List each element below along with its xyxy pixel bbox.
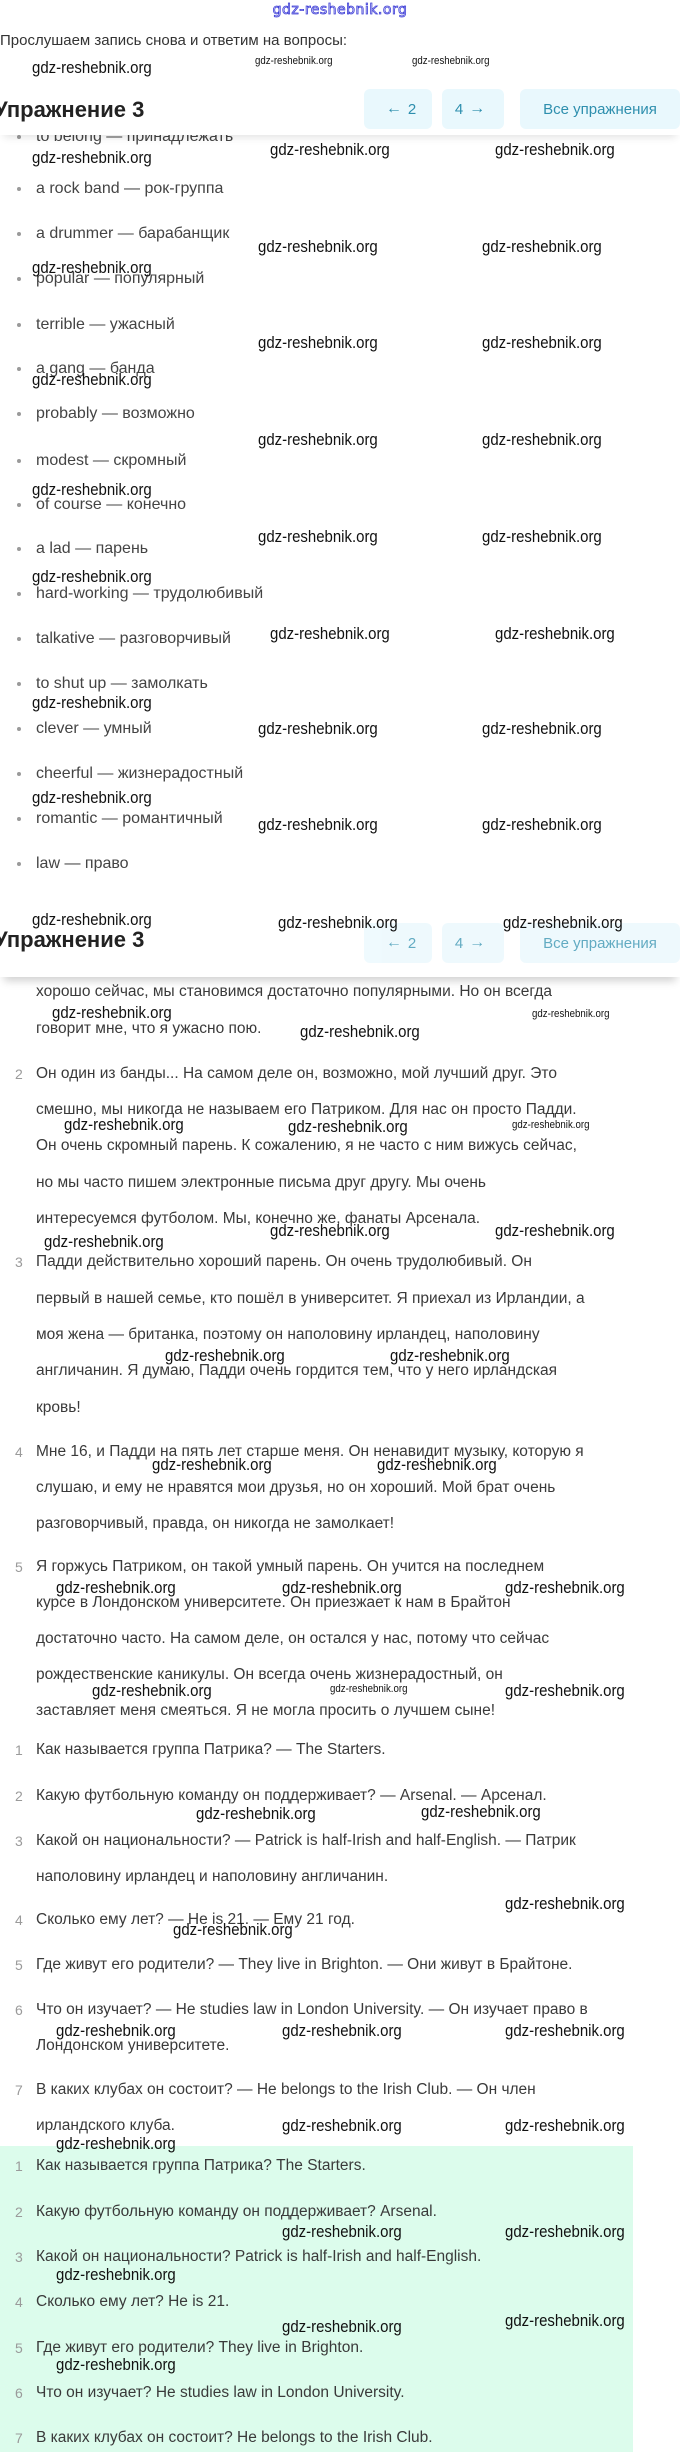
arrow-left-icon: ← [386, 100, 402, 118]
answer-number: 5 [15, 2340, 23, 2356]
watermark-text: gdz-reshebnik.org [152, 1455, 272, 1475]
intro-text: Прослушаем запись снова и ответим на воп… [0, 32, 347, 49]
prev-exercise-label: 2 [408, 935, 416, 952]
paragraph-line: Падди действительно хороший парень. Он о… [36, 1253, 532, 1271]
arrow-right-icon: → [469, 100, 485, 118]
bullet-icon [17, 232, 21, 236]
watermark-text: gdz-reshebnik.org [482, 527, 602, 547]
question-line: ирландского клуба. [36, 2117, 175, 2135]
watermark-text: gdz-reshebnik.org [482, 815, 602, 835]
vocab-text: terrible — ужасный [36, 316, 175, 333]
watermark-text: gdz-reshebnik.org [330, 1683, 407, 1695]
question-number: 1 [15, 1742, 23, 1758]
vocab-text: probably — возможно [36, 405, 195, 422]
watermark-text: gdz-reshebnik.org [390, 1346, 510, 1366]
question-line: В каких клубах он состоит? — He belongs … [36, 2081, 536, 2099]
watermark-text: gdz-reshebnik.org [32, 693, 152, 713]
paragraph-line: заставляет меня смеяться. Я не могла про… [36, 1702, 495, 1720]
watermark-text: gdz-reshebnik.org [270, 140, 390, 160]
question-line: Где живут его родители? — They live in B… [36, 1956, 572, 1974]
watermark-text: gdz-reshebnik.org [505, 1681, 625, 1701]
watermark-text: gdz-reshebnik.org [165, 1346, 285, 1366]
vocab-item: a drummer — барабанщик [0, 225, 229, 243]
paragraph-line: Он очень скромный парень. К сожалению, я… [36, 1137, 577, 1155]
watermark-text: gdz-reshebnik.org [258, 333, 378, 353]
watermark-text: gdz-reshebnik.org [255, 55, 332, 67]
watermark-text: gdz-reshebnik.org [495, 1221, 615, 1241]
bullet-icon [17, 727, 21, 731]
watermark-text: gdz-reshebnik.org [32, 370, 152, 390]
watermark-text: gdz-reshebnik.org [282, 2021, 402, 2041]
exercise-title: Упражнение 3 [0, 97, 144, 123]
paragraph-line: достаточно часто. На самом деле, он оста… [36, 1630, 549, 1648]
paragraph-line: Он один из банды... На самом деле он, во… [36, 1065, 557, 1083]
bullet-icon [17, 772, 21, 776]
vocab-text: a rock band — рок-группа [36, 180, 223, 197]
vocab-item: cheerful — жизнерадостный [0, 765, 243, 783]
vocab-text: law — право [36, 855, 129, 872]
question-line: наполовину ирландец и наполовину англича… [36, 1868, 388, 1886]
bullet-icon [17, 277, 21, 281]
watermark-text: gdz-reshebnik.org [258, 527, 378, 547]
watermark-text: gdz-reshebnik.org [495, 624, 615, 644]
watermark-text: gdz-reshebnik.org [258, 237, 378, 257]
watermark-text: gdz-reshebnik.org [32, 258, 152, 278]
question-number: 7 [15, 2082, 23, 2098]
watermark-text: gdz-reshebnik.org [503, 913, 623, 933]
vocab-item: hard-working — трудолюбивый [0, 585, 263, 603]
bullet-icon [17, 323, 21, 327]
question-number: 6 [15, 2002, 23, 2018]
watermark-text: gdz-reshebnik.org [505, 1578, 625, 1598]
watermark-text: gdz-reshebnik.org [482, 237, 602, 257]
bullet-icon [17, 187, 21, 191]
watermark-text: gdz-reshebnik.org [282, 1578, 402, 1598]
watermark-text: gdz-reshebnik.org [282, 2116, 402, 2136]
arrow-right-icon: → [469, 934, 485, 952]
watermark-text: gdz-reshebnik.org [56, 2355, 176, 2375]
answer-number: 1 [15, 2158, 23, 2174]
vocab-item: probably — возможно [0, 405, 195, 423]
next-exercise-button[interactable]: 4 → [442, 923, 504, 963]
vocab-item: romantic — романтичный [0, 810, 223, 828]
question-line: Как называется группа Патрика? — The Sta… [36, 1741, 386, 1759]
watermark-text: gdz-reshebnik.org [505, 2311, 625, 2331]
vocab-item: clever — умный [0, 720, 152, 738]
watermark-text: gdz-reshebnik.org [495, 140, 615, 160]
bullet-icon [17, 135, 21, 139]
bullet-icon [17, 547, 21, 551]
watermark-text: gdz-reshebnik.org [300, 1022, 420, 1042]
watermark-text: gdz-reshebnik.org [505, 1894, 625, 1914]
paragraph-number: 3 [15, 1254, 23, 1270]
question-number: 3 [15, 1833, 23, 1849]
watermark-text: gdz-reshebnik.org [282, 2317, 402, 2337]
watermark-text: gdz-reshebnik.org [44, 1232, 164, 1252]
paragraph-line: первый в нашей семье, кто пошёл в универ… [36, 1290, 585, 1308]
arrow-left-icon: ← [386, 934, 402, 952]
vocab-item: to shut up — замолкать [0, 675, 208, 693]
exercise-header: Упражнение 3 ← 2 4 → Все упражнения [0, 85, 680, 135]
exercise-title: Упражнение 3 [0, 927, 144, 953]
vocab-item: a lad — парень [0, 540, 148, 558]
prev-exercise-button[interactable]: ← 2 [364, 89, 432, 129]
watermark-text: gdz-reshebnik.org [288, 1117, 408, 1137]
watermark-text: gdz-reshebnik.org [196, 1804, 316, 1824]
watermark-text: gdz-reshebnik.org [56, 2134, 176, 2154]
watermark-text: gdz-reshebnik.org [505, 2222, 625, 2242]
vocab-text: talkative — разговорчивый [36, 630, 231, 647]
paragraph-number: 4 [15, 1444, 23, 1460]
watermark-text: gdz-reshebnik.org [92, 1681, 212, 1701]
bullet-icon [17, 637, 21, 641]
watermark-text: gdz-reshebnik.org [270, 624, 390, 644]
bullet-icon [17, 682, 21, 686]
paragraph-line: Мне 16, и Падди на пять лет старше меня.… [36, 1443, 584, 1461]
watermark-text: gdz-reshebnik.org [377, 1455, 497, 1475]
question-line: Какой он национальности? — Patrick is ha… [36, 1832, 576, 1850]
answer-number: 4 [15, 2294, 23, 2310]
vocab-text: romantic — романтичный [36, 810, 223, 827]
watermark-text: gdz-reshebnik.org [56, 2265, 176, 2285]
watermark-text: gdz-reshebnik.org [482, 430, 602, 450]
paragraph-line: но мы часто пишем электронные письма дру… [36, 1174, 486, 1192]
paragraph-line: разговорчивый, правда, он никогда не зам… [36, 1515, 394, 1533]
prev-exercise-label: 2 [408, 101, 416, 118]
watermark-text: gdz-reshebnik.org [258, 719, 378, 739]
watermark-text: gdz-reshebnik.org [282, 2222, 402, 2242]
all-exercises-button[interactable]: Все упражнения [520, 89, 680, 129]
watermark-text: gdz-reshebnik.org [505, 2116, 625, 2136]
watermark-text: gdz-reshebnik.org [505, 2021, 625, 2041]
vocab-text: hard-working — трудолюбивый [36, 585, 263, 602]
vocab-item: terrible — ужасный [0, 316, 175, 334]
paragraph-line: Я горжусь Патриком, он такой умный парен… [36, 1558, 544, 1576]
watermark-text: gdz-reshebnik.org [278, 913, 398, 933]
answer-number: 3 [15, 2249, 23, 2265]
bullet-icon [17, 459, 21, 463]
watermark-text: gdz-reshebnik.org [512, 1119, 589, 1131]
vocab-item: talkative — разговорчивый [0, 630, 231, 648]
watermark-text: gdz-reshebnik.org [56, 1578, 176, 1598]
answer-number: 2 [15, 2204, 23, 2220]
answer-text: В каких клубах он состоит? He belongs to… [36, 2429, 433, 2447]
vocab-item: a rock band — рок-группа [0, 180, 223, 198]
vocab-text: cheerful — жизнерадостный [36, 765, 243, 782]
answer-text: Какую футбольную команду он поддерживает… [36, 2203, 437, 2221]
next-exercise-button[interactable]: 4 → [442, 89, 504, 129]
watermark-text: gdz-reshebnik.org [32, 480, 152, 500]
answer-number: 6 [15, 2385, 23, 2401]
paragraph-number: 2 [15, 1066, 23, 1082]
vocab-text: a drummer — барабанщик [36, 225, 229, 242]
watermark-text: gdz-reshebnik.org [532, 1008, 609, 1020]
watermark-text: gdz-reshebnik.org [412, 55, 489, 67]
paragraph-line: моя жена — британка, поэтому он наполови… [36, 1326, 540, 1344]
paragraph-line: интересуемся футболом. Мы, конечно же, ф… [36, 1210, 480, 1228]
vocab-text: modest — скромный [36, 452, 186, 469]
question-number: 4 [15, 1912, 23, 1928]
watermark-text: gdz-reshebnik.org [32, 58, 152, 78]
vocab-item: modest — скромный [0, 452, 186, 470]
vocab-text: a lad — парень [36, 540, 148, 557]
watermark-text: gdz-reshebnik.org [32, 148, 152, 168]
watermark-text: gdz-reshebnik.org [258, 430, 378, 450]
answer-text: Сколько ему лет? He is 21. [36, 2293, 229, 2311]
watermark-text: gdz-reshebnik.org [32, 567, 152, 587]
watermark-text: gdz-reshebnik.org [52, 1003, 172, 1023]
bullet-icon [17, 592, 21, 596]
paragraph-number: 5 [15, 1559, 23, 1575]
question-number: 5 [15, 1957, 23, 1973]
bullet-icon [17, 412, 21, 416]
bullet-icon [17, 817, 21, 821]
paragraph-line: хорошо сейчас, мы становимся достаточно … [36, 983, 552, 1001]
watermark-text: gdz-reshebnik.org [421, 1802, 541, 1822]
watermark-text: gdz-reshebnik.org [173, 1920, 293, 1940]
vocab-item: law — право [0, 855, 129, 873]
watermark-text: gdz-reshebnik.org [64, 1115, 184, 1135]
watermark-text: gdz-reshebnik.org [32, 788, 152, 808]
paragraph-line: кровь! [36, 1399, 81, 1417]
bullet-icon [17, 862, 21, 866]
answer-number: 7 [15, 2430, 23, 2446]
watermark-text: gdz-reshebnik.org [56, 2021, 176, 2041]
site-logo[interactable]: gdz-reshebnik.org [0, 2, 680, 18]
next-exercise-label: 4 [455, 935, 463, 952]
answer-text: Какой он национальности? Patrick is half… [36, 2248, 481, 2266]
answer-text: Что он изучает? He studies law in London… [36, 2384, 405, 2402]
watermark-text: gdz-reshebnik.org [270, 1221, 390, 1241]
question-number: 2 [15, 1788, 23, 1804]
next-exercise-label: 4 [455, 101, 463, 118]
answer-text: Как называется группа Патрика? The Start… [36, 2157, 366, 2175]
question-line: Что он изучает? — He studies law in Lond… [36, 2001, 588, 2019]
watermark-text: gdz-reshebnik.org [258, 815, 378, 835]
bullet-icon [17, 503, 21, 507]
bullet-icon [17, 367, 21, 371]
paragraph-line: слушаю, и ему не нравятся мои друзья, но… [36, 1479, 555, 1497]
watermark-text: gdz-reshebnik.org [482, 719, 602, 739]
vocab-text: to shut up — замолкать [36, 675, 208, 692]
watermark-text: gdz-reshebnik.org [482, 333, 602, 353]
watermark-text: gdz-reshebnik.org [32, 910, 152, 930]
vocab-text: clever — умный [36, 720, 152, 737]
